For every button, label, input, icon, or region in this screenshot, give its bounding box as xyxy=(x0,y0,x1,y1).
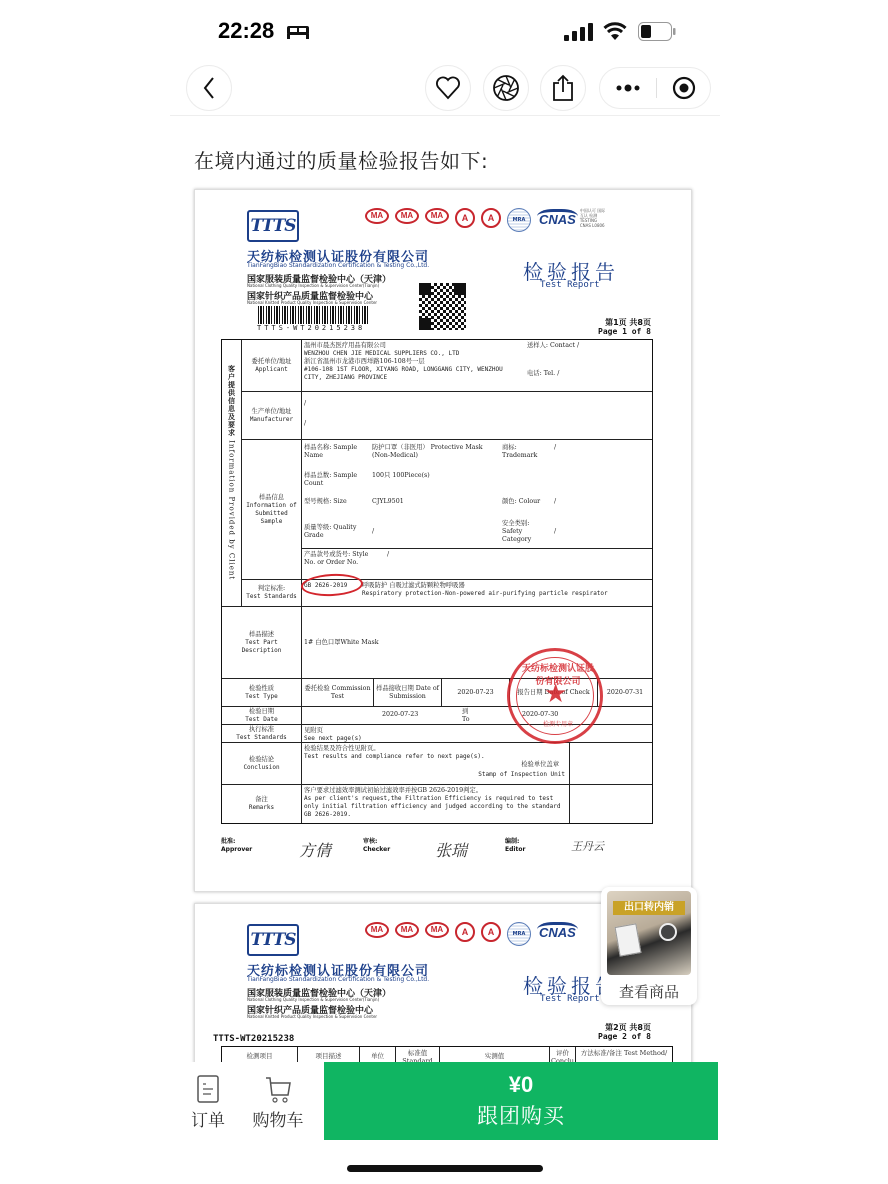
cma-mark-icon: MA xyxy=(425,922,449,938)
report-title-en: Test Report xyxy=(540,280,600,290)
wifi-icon xyxy=(603,21,627,41)
heart-icon xyxy=(435,76,461,100)
cal-mark-icon: A xyxy=(455,208,475,228)
client-info-side-label: 客户提供信息及要求 Information Provided by Client xyxy=(222,340,242,606)
cma-mark-icon: MA xyxy=(395,208,419,224)
moments-button[interactable] xyxy=(483,65,529,111)
nav-divider xyxy=(170,115,720,116)
intro-text: 在境内通过的质量检验报告如下: xyxy=(194,145,488,174)
status-time: 22:28 xyxy=(218,18,274,44)
row-remarks: 备注Remarks 客户要求过滤效率测试初始过滤效率并按GB 2626-2019… xyxy=(222,785,652,823)
back-icon xyxy=(201,76,217,100)
bed-icon xyxy=(286,25,310,39)
screen: 22:28 在境内通过的质量检验报告如下: TTTS MA· MA· MA· xyxy=(0,0,888,1184)
group-buy-button[interactable]: ¥0 跟团购买 xyxy=(324,1062,718,1140)
star-icon: ★ xyxy=(544,681,567,707)
product-thumbnail: 出口转内销 xyxy=(607,891,691,975)
more-button[interactable] xyxy=(600,68,656,108)
orders-tab[interactable]: 订单 xyxy=(178,1074,238,1131)
report-number: TTTS-WT20215238 xyxy=(257,324,365,332)
report-number: TTTS-WT20215238 xyxy=(213,1034,294,1044)
favorite-button[interactable] xyxy=(425,65,471,111)
bottom-action-bar: 订单 购物车 ¥0 跟团购买 xyxy=(170,1062,730,1142)
home-indicator[interactable] xyxy=(347,1165,543,1172)
page-indicator-en: Page 2 of 8 xyxy=(598,1032,651,1041)
shopping-cart-icon xyxy=(264,1075,292,1103)
order-list-icon xyxy=(197,1075,219,1103)
cnas-logo: CNAS 中国认可 国际互认 检测 TESTING CNAS L0806 xyxy=(537,208,606,228)
ttts-logo: TTTS xyxy=(247,924,299,956)
signatures: 批准: Approver 方倩 审核: Checker 张瑞 编制: Edito… xyxy=(221,835,661,875)
cma-mark-icon: MA xyxy=(425,208,449,224)
close-mini-program-button[interactable] xyxy=(657,68,711,108)
qr-code-icon xyxy=(419,283,466,330)
share-button[interactable] xyxy=(540,65,586,111)
cma-mark-icon: MA xyxy=(365,922,389,938)
buy-price: ¥0 xyxy=(324,1072,718,1098)
center1-name-en: National Clothing Quality Inspection & S… xyxy=(247,283,379,288)
row-applicant: 委托单位/地址Applicant 温州市晨杰医疗用品有限公司 WENZHOU C… xyxy=(242,340,652,392)
row-sample-info: 样品信息Information of Submitted Sample 样品名称… xyxy=(242,440,652,580)
more-icon xyxy=(615,84,641,92)
company-name-en: TianFangBiao Standardization Certificati… xyxy=(247,976,429,983)
center2-name-en: National Knitted Product Quality Inspect… xyxy=(247,300,377,305)
ilac-mra-icon: MRA xyxy=(507,208,531,232)
test-report-page-1[interactable]: TTTS MA· MA· MA· A A MRA CNAS 中国认可 国际互认 … xyxy=(194,189,692,892)
official-seal: 天纺标检测认证股份有限公司 ★ 检测专用章 xyxy=(507,648,603,744)
certification-marks: MA MA MA A A MRA CNAS xyxy=(365,922,578,946)
ttts-logo: TTTS xyxy=(247,210,299,242)
report-table: 客户提供信息及要求 Information Provided by Client… xyxy=(221,339,653,824)
close-target-icon xyxy=(672,76,696,100)
checker-signature: 张瑞 xyxy=(435,838,467,861)
share-icon xyxy=(551,74,575,102)
status-bar: 22:28 xyxy=(0,0,888,62)
cma-mark-icon: MA xyxy=(395,922,419,938)
center1-name-en: National Clothing Quality Inspection & S… xyxy=(247,997,379,1002)
buy-label: 跟团购买 xyxy=(324,1100,718,1130)
signal-icon xyxy=(564,23,594,41)
row-conclusion: 检验结论Conclusion 检验结果及符合性见附页。 Test results… xyxy=(222,743,652,785)
mini-program-capsule xyxy=(599,67,711,109)
ilac-mra-icon: MRA xyxy=(507,922,531,946)
view-product-label: 查看商品 xyxy=(601,981,697,1002)
back-button[interactable] xyxy=(186,65,232,111)
cma-mark-icon: MA xyxy=(365,208,389,224)
center2-name-en: National Knitted Product Quality Inspect… xyxy=(247,1014,377,1019)
editor-signature: 王丹云 xyxy=(571,838,604,854)
row-manufacturer: 生产单位/地址Manufacturer // xyxy=(242,392,652,440)
cal-mark-icon: A xyxy=(481,208,501,228)
cal-mark-icon: A xyxy=(455,922,475,942)
battery-icon xyxy=(638,22,676,41)
barcode-icon xyxy=(258,306,368,324)
cal-mark-icon: A xyxy=(481,922,501,942)
approver-signature: 方倩 xyxy=(299,838,331,861)
cnas-logo: CNAS xyxy=(537,922,578,940)
company-name-en: TianFangBiao Standardization Certificati… xyxy=(247,262,429,269)
view-product-card[interactable]: 出口转内销 查看商品 xyxy=(601,887,697,1005)
report-title-en: Test Report xyxy=(540,994,600,1004)
cart-tab[interactable]: 购物车 xyxy=(248,1074,308,1131)
aperture-icon xyxy=(492,74,520,102)
page-indicator-en: Page 1 of 8 xyxy=(598,327,651,336)
certification-marks: MA· MA· MA· A A MRA CNAS 中国认可 国际互认 检测 TE… xyxy=(365,208,606,232)
